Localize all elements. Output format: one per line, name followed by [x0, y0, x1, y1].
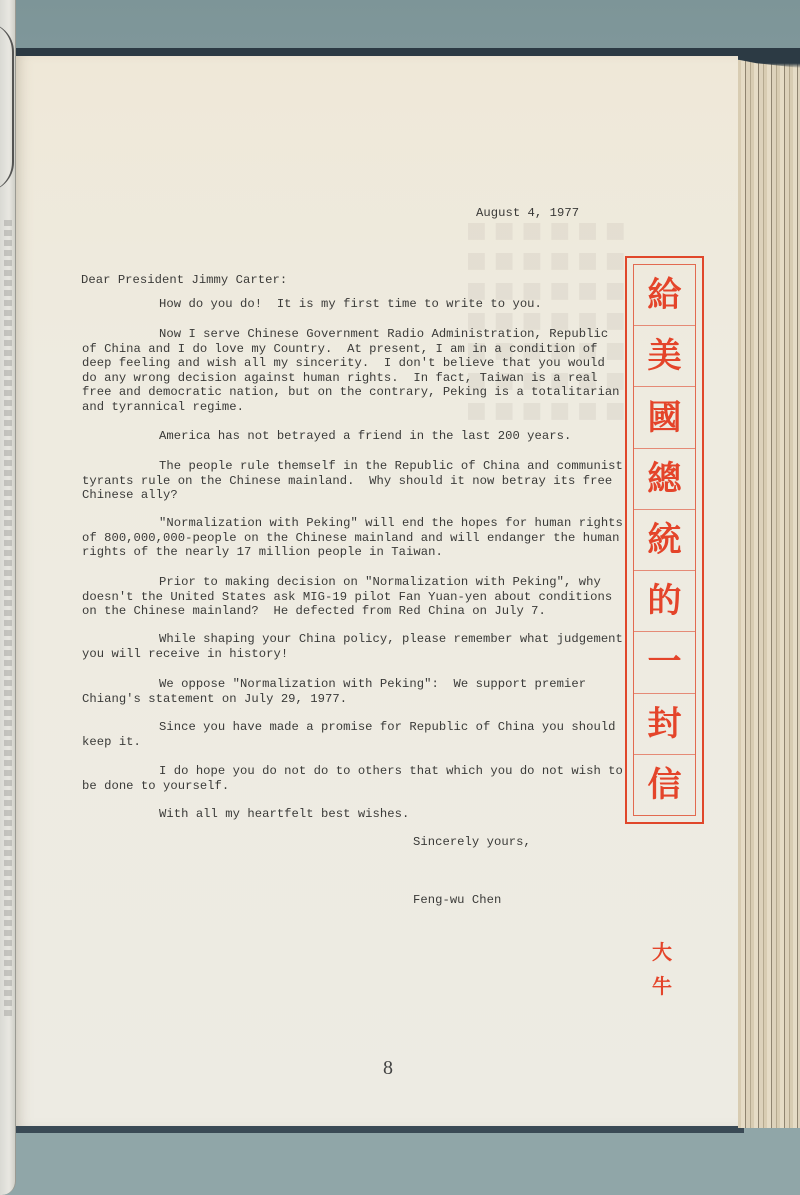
paragraph-line: doesn't the United States ask MIG-19 pil…: [82, 590, 612, 604]
letter-paragraph: America has not betrayed a friend in the…: [82, 429, 571, 444]
chinese-title-inner-frame: 給 美 國 總 統 的 一 封 信: [633, 264, 696, 816]
paragraph-line: "Normalization with Peking" will end the…: [159, 516, 623, 530]
letter-salutation: Dear President Jimmy Carter:: [81, 273, 287, 288]
paragraph-line: Prior to making decision on "Normalizati…: [159, 575, 601, 589]
paragraph-line: keep it.: [82, 735, 141, 749]
paragraph-line: you will receive in history!: [82, 647, 288, 661]
paragraph-line: deep feeling and wish all my sincerity. …: [82, 356, 605, 370]
letter-paragraph: We oppose "Normalization with Peking": W…: [82, 677, 586, 706]
letter-closing: Sincerely yours,: [413, 835, 531, 850]
letter-paragraph: With all my heartfelt best wishes.: [82, 807, 409, 822]
paragraph-line: do any wrong decision against human righ…: [82, 371, 597, 385]
paragraph-line: rights of the nearly 17 million people i…: [82, 545, 443, 559]
title-char: 統: [634, 510, 695, 571]
page-number: 8: [383, 1057, 393, 1080]
title-char: 給: [634, 265, 695, 326]
letter-signature: Feng-wu Chen: [413, 893, 501, 908]
paragraph-line: and tyrannical regime.: [82, 400, 244, 414]
book-cover-edge-bottom: [14, 1125, 744, 1133]
author-char: 大: [652, 942, 672, 962]
paragraph-line: tyrants rule on the Chinese mainland. Wh…: [82, 474, 612, 488]
paragraph-line: Since you have made a promise for Republ…: [159, 720, 616, 734]
left-page-edge: [0, 0, 16, 1195]
paragraph-line: How do you do! It is my first time to wr…: [159, 297, 542, 311]
paragraph-line: The people rule themself in the Republic…: [159, 459, 623, 473]
chinese-author-name: 大 牛: [652, 942, 672, 996]
letter-paragraph: How do you do! It is my first time to wr…: [82, 297, 542, 312]
paragraph-line: free and democratic nation, but on the c…: [82, 385, 620, 399]
chinese-title-box: 給 美 國 總 統 的 一 封 信: [625, 256, 704, 824]
paragraph-line: America has not betrayed a friend in the…: [159, 429, 571, 443]
title-char: 信: [634, 755, 695, 815]
paragraph-line: on the Chinese mainland? He defected fro…: [82, 604, 546, 618]
title-char: 一: [634, 632, 695, 693]
title-char: 的: [634, 571, 695, 632]
letter-paragraph: Prior to making decision on "Normalizati…: [82, 575, 612, 619]
page-stack-edge: [738, 60, 800, 1128]
paragraph-line: Now I serve Chinese Government Radio Adm…: [159, 327, 608, 341]
letter-paragraph: The people rule themself in the Republic…: [82, 459, 623, 503]
paragraph-line: Chinese ally?: [82, 488, 178, 502]
letter-date: August 4, 1977: [476, 206, 579, 221]
letter-paragraph: While shaping your China policy, please …: [82, 632, 623, 661]
paragraph-line: of China and I do love my Country. At pr…: [82, 342, 597, 356]
title-char: 國: [634, 387, 695, 448]
paragraph-line: We oppose "Normalization with Peking": W…: [159, 677, 586, 691]
title-char: 總: [634, 449, 695, 510]
title-char: 封: [634, 694, 695, 755]
paragraph-line: With all my heartfelt best wishes.: [159, 807, 409, 821]
page-curl: [0, 22, 14, 192]
paragraph-line: Chiang's statement on July 29, 1977.: [82, 692, 347, 706]
letter-paragraph: I do hope you do not do to others that w…: [82, 764, 623, 793]
paragraph-line: While shaping your China policy, please …: [159, 632, 623, 646]
paragraph-line: of 800,000,000-people on the Chinese mai…: [82, 531, 620, 545]
paragraph-line: I do hope you do not do to others that w…: [159, 764, 623, 778]
paragraph-line: be done to yourself.: [82, 779, 229, 793]
letter-paragraph: Now I serve Chinese Government Radio Adm…: [82, 327, 620, 415]
author-char: 牛: [652, 976, 672, 996]
letter-paragraph: "Normalization with Peking" will end the…: [82, 516, 623, 560]
left-page-text-bleed: [4, 220, 12, 1020]
title-char: 美: [634, 326, 695, 387]
letter-paragraph: Since you have made a promise for Republ…: [82, 720, 616, 749]
